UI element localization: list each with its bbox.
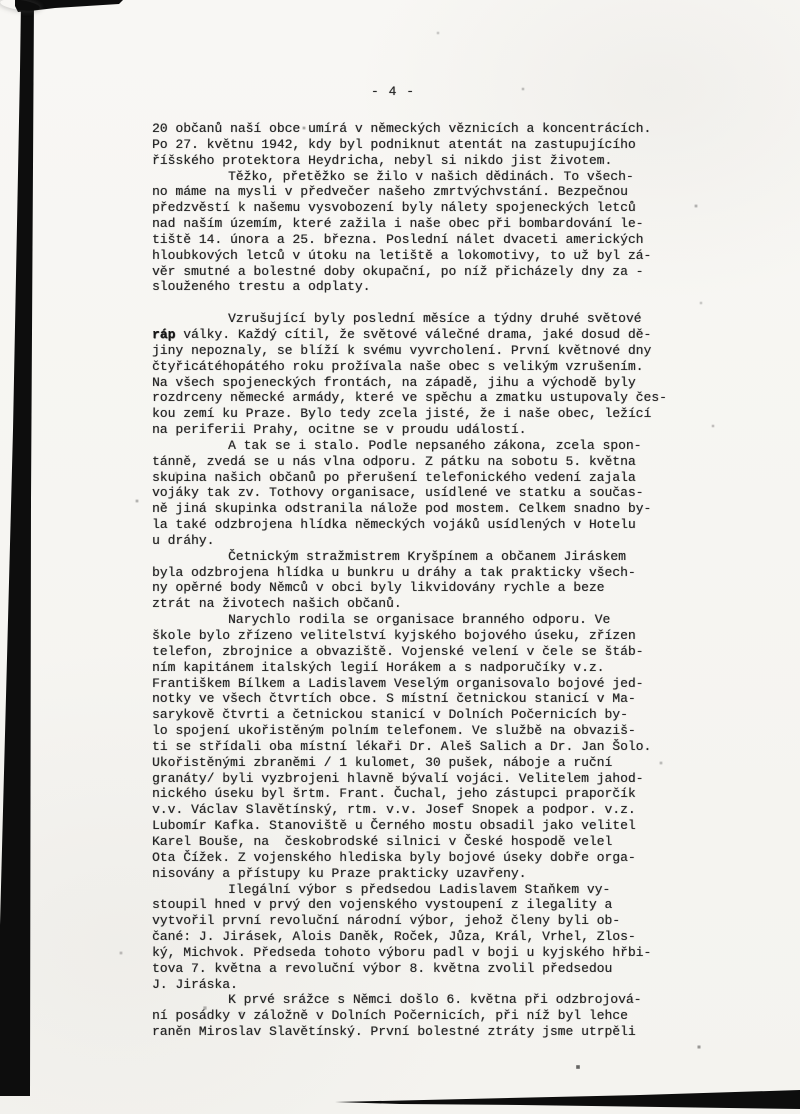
document-body: 20 občanů naší obce umírá v německých vě… xyxy=(152,121,672,1040)
text-line: raněn Miroslav Slavětínský. První bolest… xyxy=(152,1024,672,1040)
text-line: škole bylo zřízeno velitelství kyjského … xyxy=(152,628,672,644)
paragraph: Četnickým stražmistrem Kryšpínem a občan… xyxy=(152,549,672,612)
paper-speckles xyxy=(0,0,2,2)
paragraph: A tak se i stalo. Podle nepsaného zákona… xyxy=(152,438,672,549)
text-line: Těžko, přetěžko se žilo v našich dědinác… xyxy=(152,169,672,185)
paragraph: Narychlo rodila se organisace branného o… xyxy=(152,612,672,881)
text-line: no máme na mysli v předvečer našeho zmrt… xyxy=(152,184,672,200)
text-line: skupina našich občanů po přerušení telef… xyxy=(152,470,672,486)
paragraph: Ilegální výbor s předsedou Ladislavem St… xyxy=(152,882,672,993)
text-line: J. Jiráska. xyxy=(152,977,672,993)
text-line: Na všech spojeneckých frontách, na západ… xyxy=(152,375,672,391)
text-line: Narychlo rodila se organisace branného o… xyxy=(152,612,672,628)
text-line: Četnickým stražmistrem Kryšpínem a občan… xyxy=(152,549,672,565)
text-line: vojáky tak zv. Tothovy organisace, usídl… xyxy=(152,485,672,501)
text-line: předzvěstí k našemu vysvobození byly nál… xyxy=(152,200,672,216)
text-line: rozdrceny německé armády, které ve spěch… xyxy=(152,390,672,406)
text-line: K prvé srážce s Němci došlo 6. května př… xyxy=(152,992,672,1008)
text-line: telefon, zbrojnice a obvaziště. Vojenské… xyxy=(152,644,672,660)
text-line: v.v. Václav Slavětínský, rtm. v.v. Josef… xyxy=(152,802,672,818)
text-line: jiny nepoznaly, se blíží k svému vyvrcho… xyxy=(152,343,672,359)
text-line: tova 7. května a revoluční výbor 8. květ… xyxy=(152,961,672,977)
text-line: Ota Čížek. Z vojenského hlediska byly bo… xyxy=(152,850,672,866)
text-line: slouženého trestu a odplaty. xyxy=(152,279,672,295)
text-line: u dráhy. xyxy=(152,533,672,549)
text-line: Ukořistěnými zbraněmi / 1 kulomet, 30 pu… xyxy=(152,755,672,771)
text-line: 20 občanů naší obce umírá v německých vě… xyxy=(152,121,672,137)
text-line: říšského protektora Heydricha, nebyl si … xyxy=(152,153,672,169)
paragraph: K prvé srážce s Němci došlo 6. května př… xyxy=(152,992,672,1040)
text-line: sarykově čtvrti a četnickou stanicí v Do… xyxy=(152,707,672,723)
text-line: Ilegální výbor s předsedou Ladislavem St… xyxy=(152,882,672,898)
scan-edge-left xyxy=(0,0,40,1100)
text-line: Po 27. květnu 1942, kdy byl podniknut at… xyxy=(152,137,672,153)
paragraph: Vzrušující byly poslední měsíce a týdny … xyxy=(152,311,672,438)
text-line: čtyřicátéhopátého roku prožívala naše ob… xyxy=(152,359,672,375)
text-line: nad naším územím, které zažila i naše ob… xyxy=(152,216,672,232)
text-line: věr smutné a bolestné doby okupační, po … xyxy=(152,264,672,280)
text-line: notky ve všech čtvrtích obce. S místní č… xyxy=(152,691,672,707)
text-line: lo spojení ukořistěným polním telefonem.… xyxy=(152,723,672,739)
text-line: ním kapitánem italských legií Horákem a … xyxy=(152,660,672,676)
text-line: nisovány a přístupy ku Praze prakticky u… xyxy=(152,866,672,882)
text-line: ráp války. Každý cítil, že světové váleč… xyxy=(152,327,672,343)
text-line: ny opěrné body Němců v obci byly likvido… xyxy=(152,580,672,596)
text-line: stoupil hned v prvý den vojenského vysto… xyxy=(152,897,672,913)
text-line: ní posádky v záložně v Dolních Počernicí… xyxy=(152,1008,672,1024)
text-line: nického úseku byl šrtm. Frant. Čuchal, j… xyxy=(152,786,672,802)
text-line: Lubomír Kafka. Stanoviště u Černého most… xyxy=(152,818,672,834)
text-line: ztrát na životech našich občanů. xyxy=(152,596,672,612)
text-line: tiště 14. února a 25. března. Poslední n… xyxy=(152,232,672,248)
text-line: Františkem Bílkem a Ladislavem Veselým o… xyxy=(152,676,672,692)
text-line: kou zemí ku Praze. Bylo tedy zcela jisté… xyxy=(152,406,672,422)
text-line: ký, Michvok. Předseda tohoto výboru padl… xyxy=(152,945,672,961)
text-line: Vzrušující byly poslední měsíce a týdny … xyxy=(152,311,672,327)
text-line: ně jiná skupinka odstranila nálože pod m… xyxy=(152,501,672,517)
text-line: Karel Bouše, na českobrodské silnici v Č… xyxy=(152,834,672,850)
text-line: A tak se i stalo. Podle nepsaného zákona… xyxy=(152,438,672,454)
text-line: granáty/ byli vyzbrojeni hlavně bývalí v… xyxy=(152,771,672,787)
scanned-page: - 4 - 20 občanů naší obce umírá v německ… xyxy=(0,0,800,1114)
text-line: ti se střídali oba místní lékaři Dr. Ale… xyxy=(152,739,672,755)
text-line: tánně, zvedá se u nás vlna odporu. Z pát… xyxy=(152,454,672,470)
text-line: na periferii Prahy, ocitne se v proudu u… xyxy=(152,422,672,438)
text-line: vytvořil první revoluční národní výbor, … xyxy=(152,913,672,929)
paragraph: Těžko, přetěžko se žilo v našich dědinác… xyxy=(152,169,672,296)
paragraph: 20 občanů naší obce umírá v německých vě… xyxy=(152,121,672,169)
text-line: čané: J. Jirásek, Alois Daněk, Roček, Jů… xyxy=(152,929,672,945)
text-line: hloubkových letců v útoku na letiště a l… xyxy=(152,248,672,264)
scan-edge-bottom xyxy=(0,1086,800,1114)
text-line: la také odzbrojena hlídka německých vojá… xyxy=(152,517,672,533)
page-number: - 4 - xyxy=(371,84,415,99)
text-line: byla odzbrojena hlídka u bunkru u dráhy … xyxy=(152,565,672,581)
